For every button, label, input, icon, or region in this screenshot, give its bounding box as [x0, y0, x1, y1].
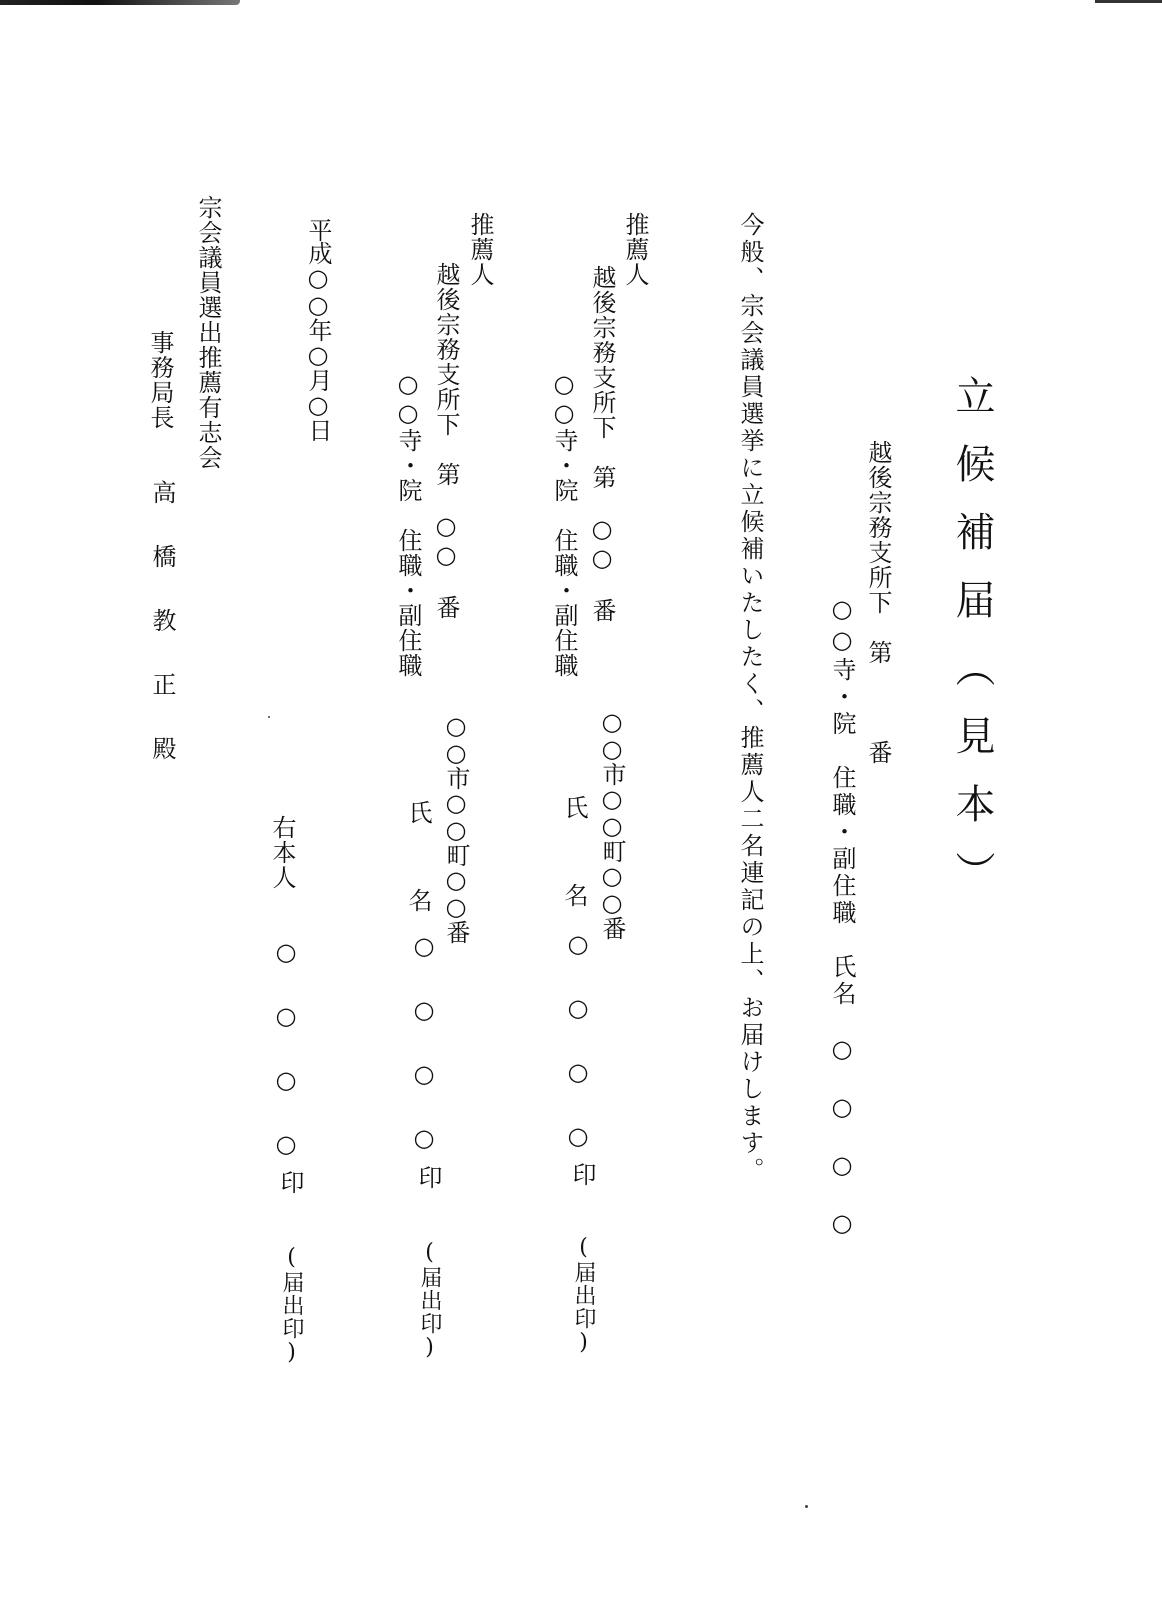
recommender-1-affiliation: 越後宗務支所下 第 ○○ 番 [590, 265, 614, 623]
applicant-label: 右本人 [270, 815, 294, 890]
recommender-2-seal-note: (届出印) [418, 1240, 440, 1361]
recommender-1-name: ○ ○ ○ ○ [566, 930, 590, 1156]
recommender-2-affiliation: 越後宗務支所下 第 ○○ 番 [434, 262, 458, 620]
recommender-1-seal-note: (届出印) [572, 1235, 594, 1356]
recommender-1-name-label: 氏 名 [562, 795, 586, 927]
submission-date: 平成○○年○月○日 [306, 218, 330, 441]
document-title: 立候補届（見本） [952, 375, 992, 919]
recommender-2-address: ○○市○○町○○番 [444, 712, 468, 943]
addressee-organization: 宗会議員選出推薦有志会 [196, 195, 220, 470]
applicant-name: ○ ○ ○ ○ [274, 938, 298, 1164]
scan-speck [805, 1505, 808, 1508]
recommender-2-name-label: 氏 名 [406, 800, 430, 932]
recommender-2-seal: 印 [416, 1165, 440, 1190]
recommender-1-seal: 印 [570, 1162, 594, 1187]
recommender-2-temple-role: ○○寺・院 住職・副住職 [396, 370, 420, 678]
addressee-title: 事務局長 [148, 330, 172, 430]
addressee-name: 高 橋 教 正 殿 [150, 480, 174, 768]
recommender-2-name: ○ ○ ○ ○ [412, 932, 436, 1158]
scan-edge-artifact [1095, 0, 1162, 3]
scan-speck [268, 716, 270, 718]
recommender-1-temple-role: ○○寺・院 住職・副住職 [552, 370, 576, 678]
scan-edge-artifact [0, 0, 240, 5]
applicant-seal: 印 [278, 1170, 302, 1195]
applicant-seal-note: (届出印) [280, 1245, 302, 1366]
statement-text: 今般、宗会議員選挙に立候補いたしたく、推薦人二名連記の上、お届けします。 [738, 212, 762, 1184]
recommender-1-address: ○○市○○町○○番 [600, 708, 624, 939]
candidate-affiliation: 越後宗務支所下 第 番 [866, 440, 890, 765]
candidate-temple-name: ○○寺・院 住職・副住職 氏名 ○ ○ ○ ○ [830, 595, 854, 1240]
recommender-2-label: 推薦人 [468, 212, 492, 287]
recommender-1-label: 推薦人 [623, 212, 647, 287]
